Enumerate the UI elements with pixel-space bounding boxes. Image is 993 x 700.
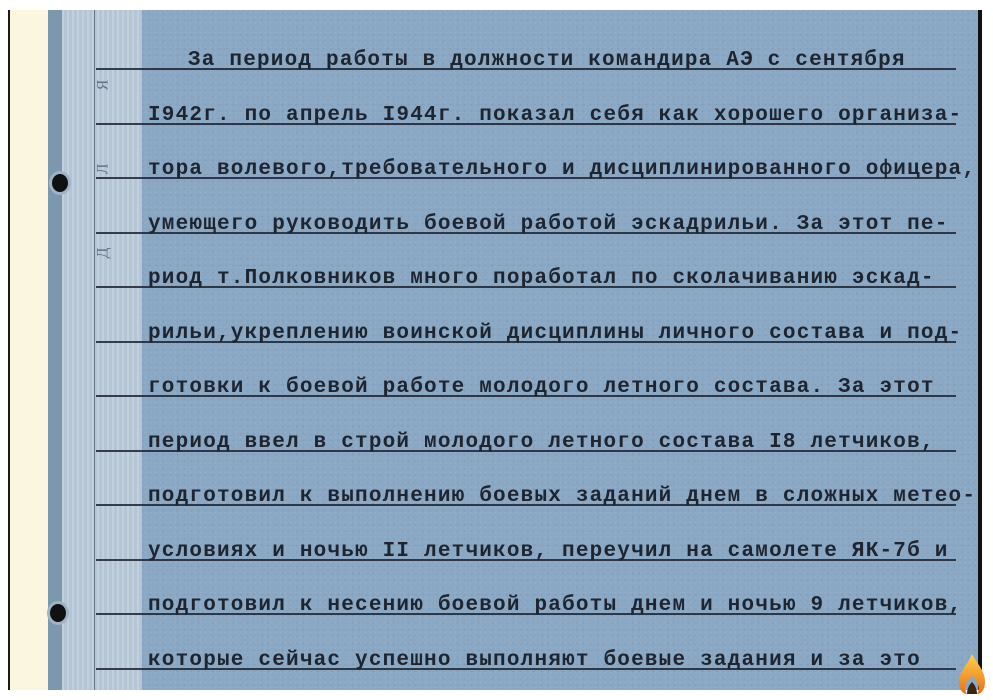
typed-line: тора волевого,требовательного и дисципли…: [96, 147, 956, 187]
scanned-document: Я Л Д За период работы в должности коман…: [8, 10, 982, 690]
typed-line-text: условиях и ночью II летчиков, переучил н…: [148, 540, 949, 563]
typed-line: готовки к боевой работе молодого летного…: [96, 365, 956, 405]
typed-line-text: тора волевого,требовательного и дисципли…: [148, 158, 976, 181]
typed-line-text: I942г. по апрель I944г. показал себя как…: [148, 104, 962, 127]
typed-line-text: умеющего руководить боевой работой эскад…: [148, 213, 949, 236]
document-sheet: Я Л Д За период работы в должности коман…: [48, 10, 978, 690]
typed-line-text: риод т.Полковников много поработал по ск…: [148, 267, 935, 290]
typed-line-text: подготовил к несению боевой работы днем …: [148, 594, 962, 617]
typed-line: За период работы в должности командира А…: [96, 38, 956, 78]
typed-line-text: которые сейчас успешно выполняют боевые …: [148, 649, 921, 672]
typed-line: рильи,укреплению воинской дисциплины лич…: [96, 311, 956, 351]
typed-line: подготовил к выполнению боевых заданий д…: [96, 474, 956, 514]
typed-text-body: За период работы в должности командира А…: [48, 10, 978, 690]
typed-line-text: рильи,укреплению воинской дисциплины лич…: [148, 322, 962, 345]
typed-line-text: период ввел в строй молодого летного сос…: [148, 431, 935, 454]
typed-line: условиях и ночью II летчиков, переучил н…: [96, 529, 956, 569]
typed-line: риод т.Полковников много поработал по ск…: [96, 256, 956, 296]
typed-line: период ввел в строй молодого летного сос…: [96, 420, 956, 460]
typed-line-text: За период работы в должности командира А…: [188, 49, 906, 72]
typed-line: которые сейчас успешно выполняют боевые …: [96, 638, 956, 678]
paper-edge: [10, 10, 50, 690]
typed-line-text: готовки к боевой работе молодого летного…: [148, 376, 935, 399]
typed-line: I942г. по апрель I944г. показал себя как…: [96, 93, 956, 133]
typed-line: подготовил к несению боевой работы днем …: [96, 583, 956, 623]
typed-line-text: подготовил к выполнению боевых заданий д…: [148, 485, 976, 508]
typed-line: умеющего руководить боевой работой эскад…: [96, 202, 956, 242]
flame-logo-icon: [955, 652, 989, 696]
scan-frame-right: [978, 10, 982, 690]
